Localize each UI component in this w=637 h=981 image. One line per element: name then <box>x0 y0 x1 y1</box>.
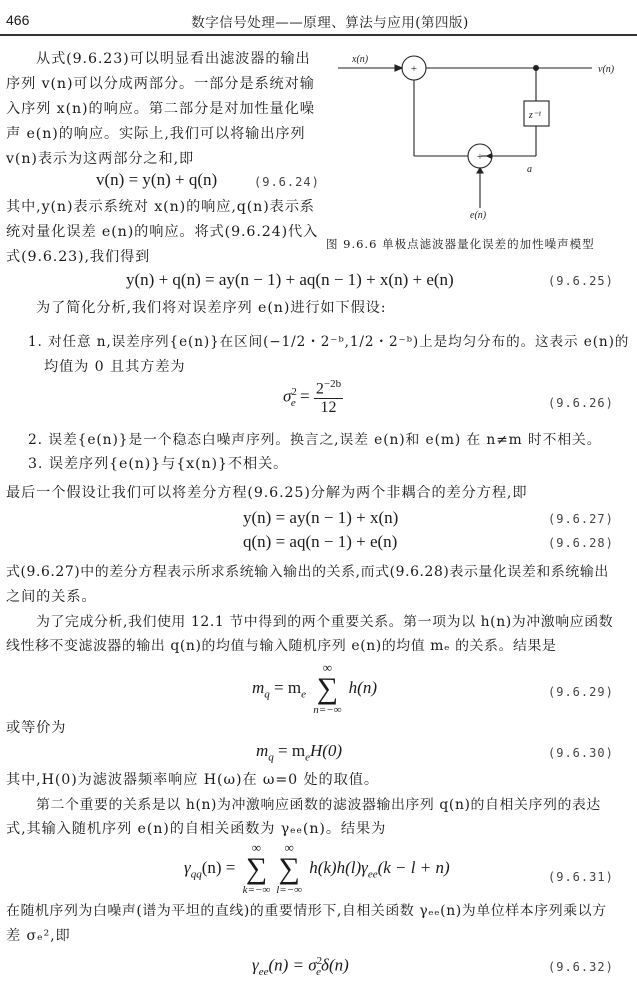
p4: 最后一个假设让我们可以将差分方程(9.6.25)分解为两个非耦合的差分方程,即 <box>6 481 527 506</box>
equation-9-6-24: v(n) = y(n) + q(n) <box>96 170 217 190</box>
p3: 为了简化分析,我们将对误差序列 e(n)进行如下假设: <box>36 296 386 321</box>
noise-label: e(n) <box>470 210 487 221</box>
m-symbol: m <box>252 678 264 697</box>
adder-plus-1: + <box>411 63 417 75</box>
equation-number-9-6-25: (9.6.25) <box>548 274 614 288</box>
equation-9-6-27: y(n) = ay(n − 1) + x(n) <box>243 508 398 528</box>
assumption-1-line-2: 均值为 0 且其方差为 <box>44 355 185 380</box>
equation-number-9-6-24: (9.6.24) <box>254 175 320 189</box>
p5-line-2: 之间的关系。 <box>6 585 97 610</box>
p1-line-3: 入序列 x(n)的响应。第二部分是对加性量化噪 <box>6 97 315 122</box>
p1-line-4: 声 e(n)的响应。实际上,我们可以将输出序列 <box>6 122 306 147</box>
header-rule <box>0 34 637 36</box>
gamma-arg-sigma: (n) = σ <box>268 956 316 975</box>
sigma-glyph: ∑ <box>276 854 302 884</box>
summation-l: ∞ ∑ l=−∞ <box>276 842 302 896</box>
fraction: 2−2b 12 <box>314 378 343 417</box>
p8: 其中,H(0)为滤波器频率响应 H(ω)在 ω=0 处的取值。 <box>6 768 379 793</box>
h-zero: H(0) <box>310 741 342 760</box>
equation-number-9-6-30: (9.6.30) <box>548 746 614 760</box>
equation-9-6-30: mq = meH(0) <box>256 741 342 763</box>
p6-line-1: 为了完成分析,我们使用 12.1 节中得到的两个重要关系。第一项为以 h(n)为… <box>36 610 613 635</box>
assumption-3: 3. 误差序列{e(n)}与{x(n)}不相关。 <box>28 452 288 477</box>
summand: h(n) <box>349 678 377 697</box>
m-symbol: m <box>256 741 268 760</box>
block-diagram-figure: + + z⁻¹ x(n) v(n) a e(n) <box>330 48 630 223</box>
p6-line-2: 线性移不变滤波器的输出 q(n)的均值与输入随机序列 e(n)的均值 mₑ 的关… <box>6 634 557 659</box>
running-header-title: 数字信号处理——原理、算法与应用(第四版) <box>140 11 520 31</box>
denominator: 12 <box>314 399 343 417</box>
sigma-glyph: ∑ <box>243 854 271 884</box>
equation-9-6-32: γee(n) = σ2eδ(n) <box>252 955 349 978</box>
figure-caption: 图 9.6.6 单极点滤波器量化误差的加性噪声模型 <box>326 236 595 252</box>
assumption-1-line-1: 1. 对任意 n,误差序列{e(n)}在区间(−1/2・2⁻ᵇ,1/2・2⁻ᵇ)… <box>28 330 629 355</box>
summation-k: ∞ ∑ k=−∞ <box>243 842 271 896</box>
sigma-subscript: e <box>291 397 296 409</box>
page-number: 466 <box>6 12 29 28</box>
p5-line-1: 式(9.6.27)中的差分方程表示所求系统输入输出的关系,而式(9.6.28)表… <box>6 560 609 585</box>
numerator-exponent: −2b <box>324 378 341 390</box>
p1-line-2: 序列 v(n)可以分成两部分。一部分是系统对输 <box>6 72 315 97</box>
gamma-symbol: γ <box>252 956 259 975</box>
p10-line-1: 在随机序列为白噪声(谱为平坦的直线)的重要情形下,自相关函数 γₑₑ(n)为单位… <box>6 899 607 924</box>
equation-9-6-26: σ2e = 2−2b 12 <box>283 378 343 417</box>
p1-line-5: v(n)表示为这两部分之和,即 <box>6 147 194 172</box>
input-label: x(n) <box>351 54 369 65</box>
output-label: v(n) <box>598 64 615 75</box>
gamma-arg: (n) = <box>202 858 240 877</box>
p9-line-1: 第二个重要的关系是以 h(n)为冲激响应函数的滤波器输出序列 q(n)的自相关序… <box>36 793 601 818</box>
equation-number-9-6-27: (9.6.27) <box>548 512 614 526</box>
delay-label: z⁻¹ <box>528 110 541 121</box>
summand-arg: (k − l + n) <box>378 858 450 877</box>
delta-term: δ(n) <box>321 956 349 975</box>
equation-number-9-6-28: (9.6.28) <box>548 536 614 550</box>
gamma-symbol: γ <box>184 858 191 877</box>
p9-line-2: 式,其输入随机序列 e(n)的自相关函数为 γₑₑ(n)。结果为 <box>6 817 386 842</box>
equals-m: = m <box>274 741 305 760</box>
p2-line-3: 式(9.6.23),我们得到 <box>6 245 150 270</box>
equation-number-9-6-26: (9.6.26) <box>548 396 614 410</box>
p10-line-2: 差 σₑ²,即 <box>6 924 71 949</box>
summation: ∞ ∑ n=−∞ <box>313 662 341 716</box>
summand: h(k)h(l)γ <box>309 858 368 877</box>
numerator: 2−2b <box>314 378 343 399</box>
equation-9-6-28: q(n) = aq(n − 1) + e(n) <box>243 532 397 552</box>
p2-line-2: 统对量化误差 e(n)的响应。将式(9.6.24)代入 <box>6 220 318 245</box>
equation-9-6-25: y(n) + q(n) = ay(n − 1) + aq(n − 1) + x(… <box>126 270 454 290</box>
assumption-2: 2. 误差{e(n)}是一个稳态白噪声序列。换言之,误差 e(n)和 e(m) … <box>28 428 601 453</box>
equation-number-9-6-32: (9.6.32) <box>548 960 614 974</box>
sum-lower-limit: n=−∞ <box>313 704 341 716</box>
coefficient-label: a <box>527 164 532 175</box>
sum-k-lower: k=−∞ <box>243 884 271 896</box>
p7: 或等价为 <box>6 716 66 741</box>
p2-line-1: 其中,y(n)表示系统对 x(n)的响应,q(n)表示系 <box>6 195 315 220</box>
equals-m: = m <box>270 678 301 697</box>
equation-number-9-6-29: (9.6.29) <box>548 685 614 699</box>
sum-l-lower: l=−∞ <box>276 884 302 896</box>
adder-plus-2: + <box>477 151 483 163</box>
p1-line-1: 从式(9.6.23)可以明显看出滤波器的输出 <box>36 47 311 72</box>
equation-9-6-31: γqq(n) = ∞ ∑ k=−∞ ∞ ∑ l=−∞ h(k)h(l)γee(k… <box>184 842 450 896</box>
sigma-glyph: ∑ <box>313 674 341 704</box>
equation-9-6-29: mq = me ∞ ∑ n=−∞ h(n) <box>252 662 377 716</box>
equation-number-9-6-31: (9.6.31) <box>548 870 614 884</box>
